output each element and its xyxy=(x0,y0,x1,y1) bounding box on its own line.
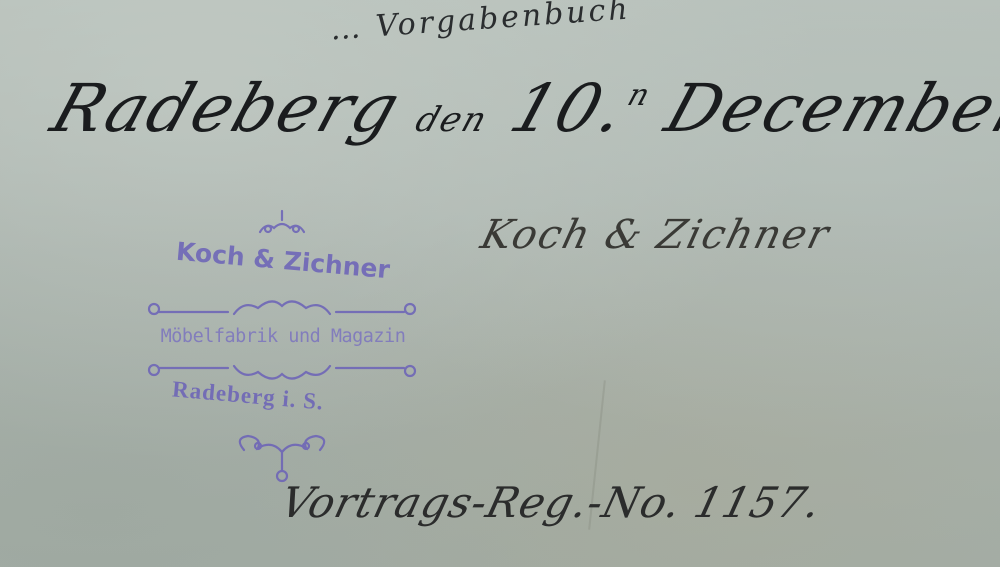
day: 10. xyxy=(501,70,637,147)
handwritten-register-number: Vortrags-Reg.-No. 1157. xyxy=(276,478,827,527)
place-name: Radeberg xyxy=(42,70,410,147)
document-page: … Vorgabenbuch Radeberg den 10.n Decembe… xyxy=(0,0,1000,567)
handwritten-heading: … Vorgabenbuch xyxy=(329,0,632,47)
handwritten-date-line: Radeberg den 10.n December 1890. xyxy=(42,70,1000,147)
stamp-subtitle: Möbelfabrik und Magazin xyxy=(128,326,438,347)
company-stamp: Koch & Zichner Möbelfabrik und Magazin R… xyxy=(128,208,438,490)
handwritten-signature: Koch & Zichner xyxy=(476,212,835,258)
den-word: den xyxy=(411,100,494,140)
month: December xyxy=(657,70,1000,147)
